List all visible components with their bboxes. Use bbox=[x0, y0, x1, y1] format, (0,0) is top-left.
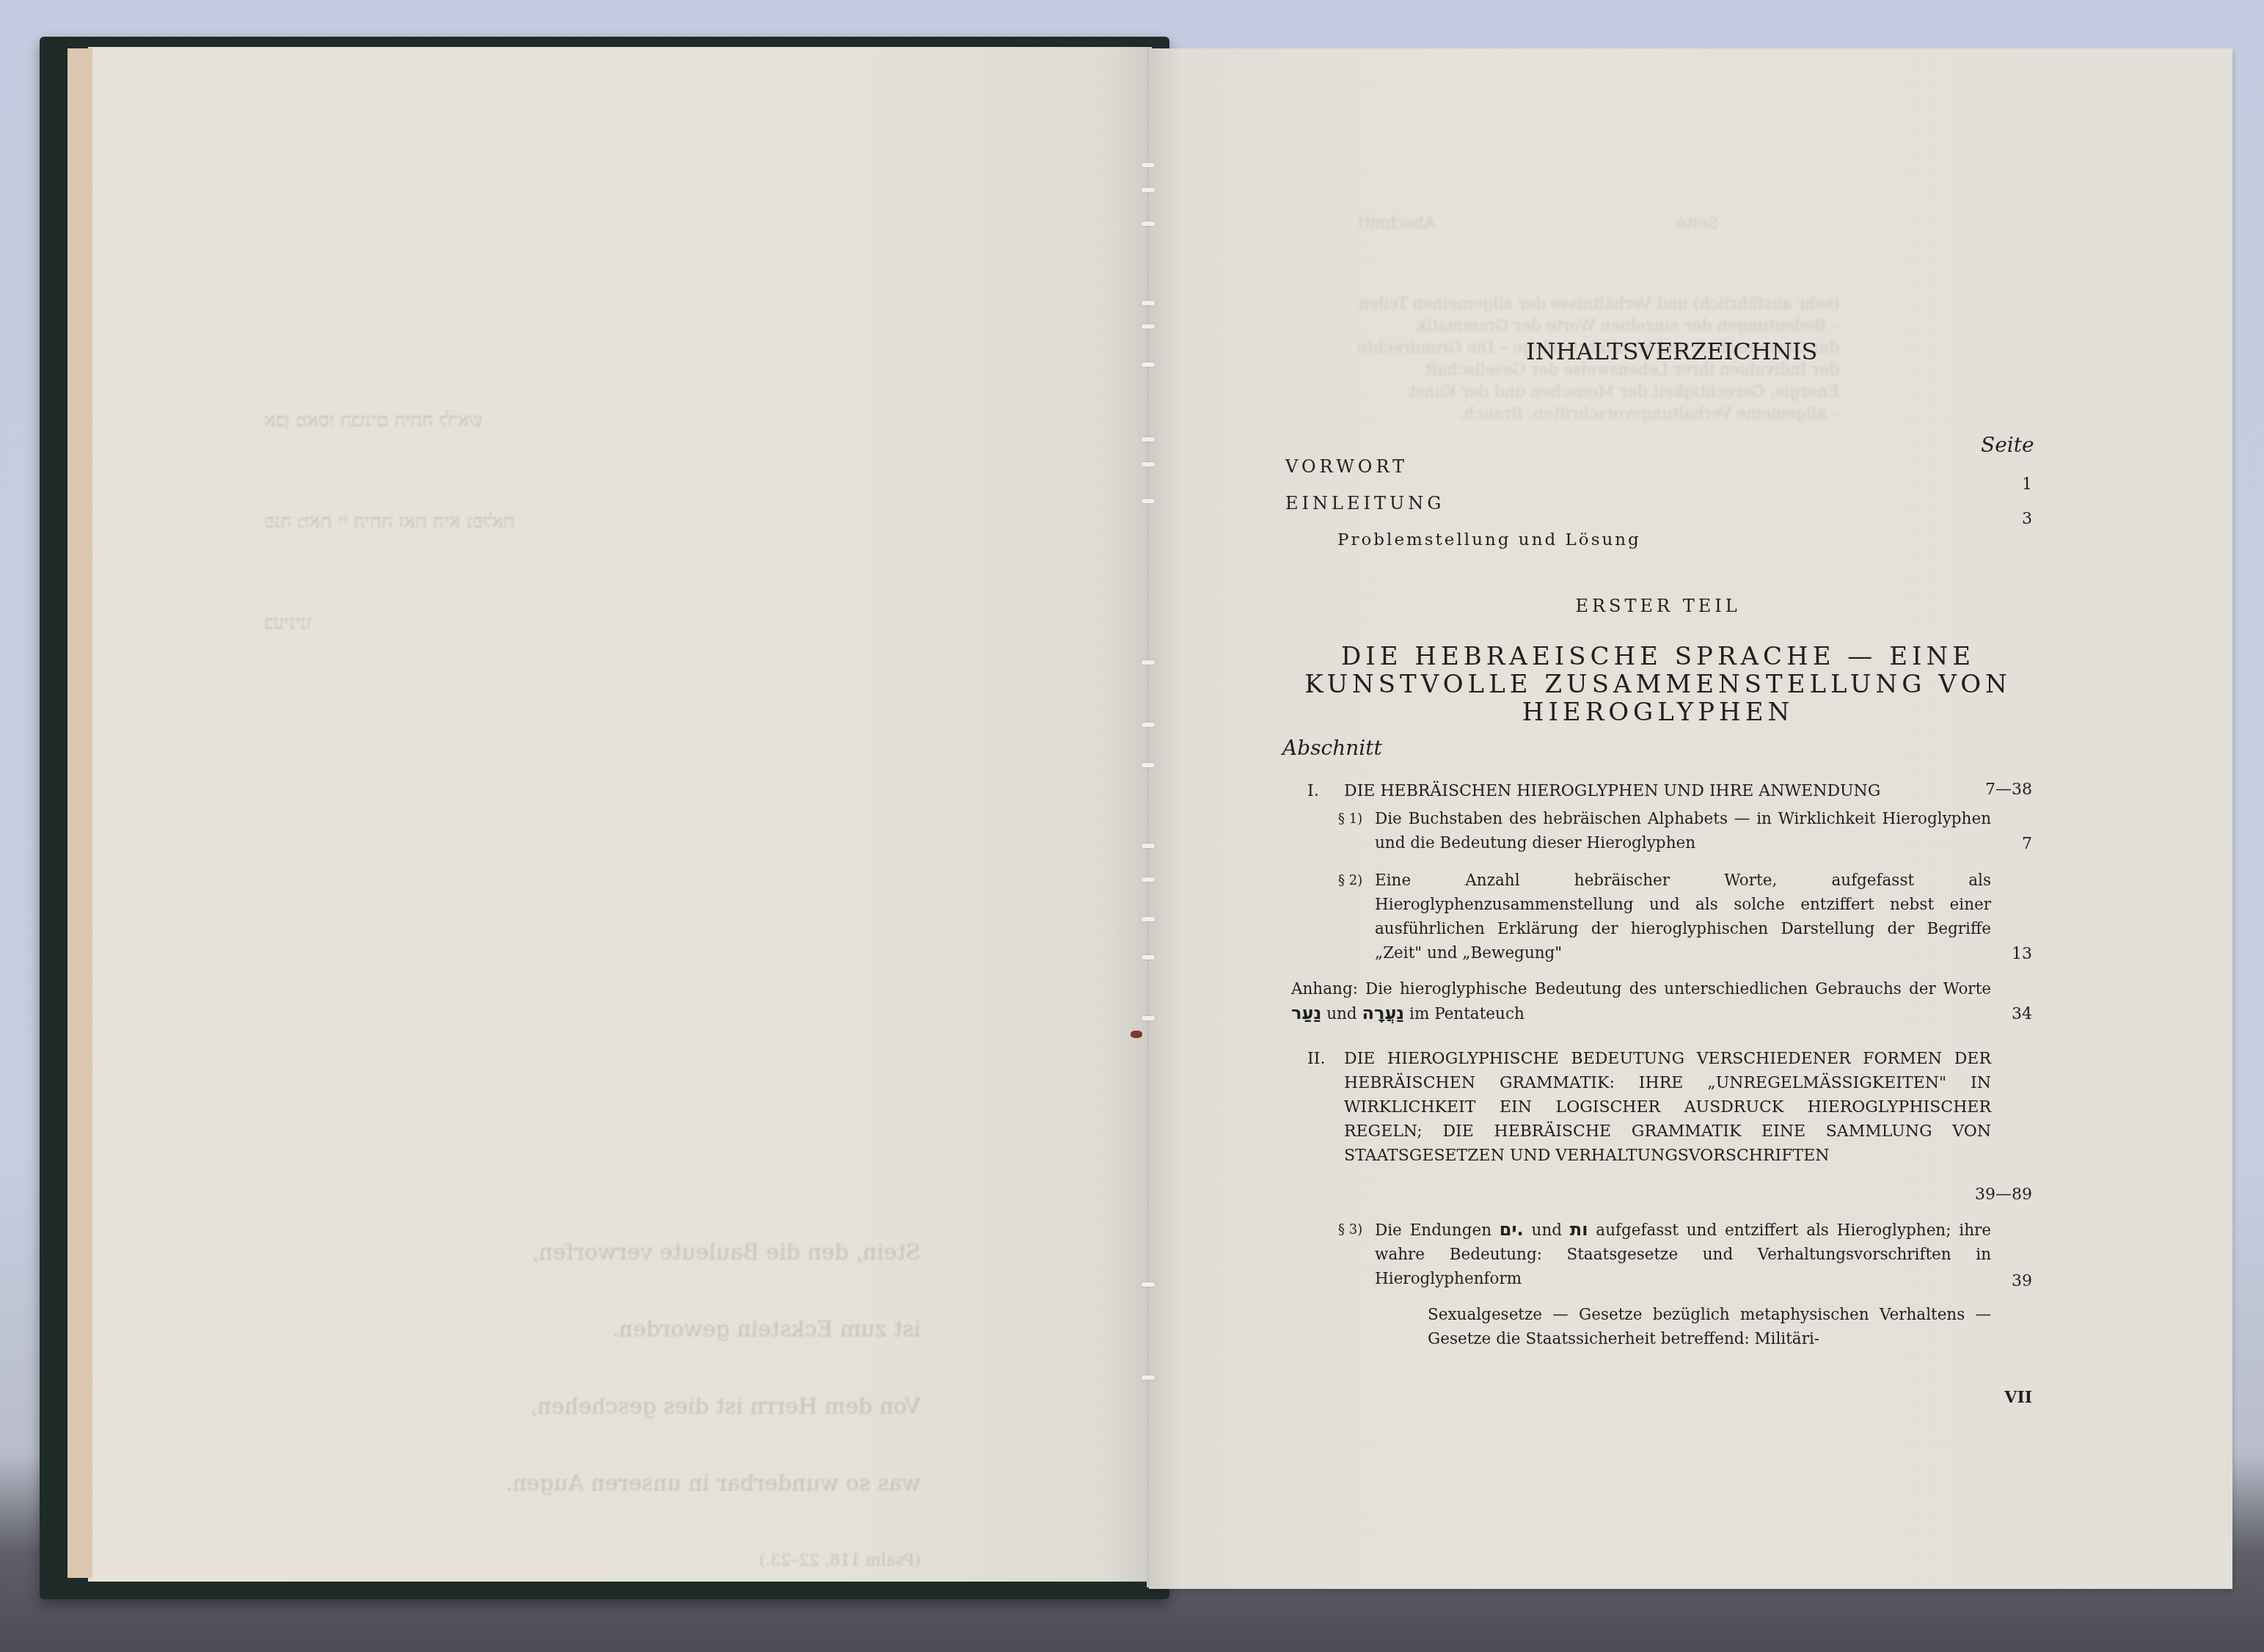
hebrew-word: נַעַר bbox=[1291, 1003, 1321, 1023]
page-column-label: Seite bbox=[1981, 433, 2034, 457]
ghost-line: ist zum Eckstein geworden. bbox=[605, 1317, 921, 1342]
stitch-hole bbox=[1142, 462, 1155, 467]
toc-subsection-2: § 2) Eine Anzahl hebräischer Worte, aufg… bbox=[1338, 869, 1991, 965]
stitch-hole bbox=[1142, 301, 1155, 305]
ghost-citation: (Psalm 118, 22–23.) bbox=[605, 1548, 921, 1574]
section-title: DIE HIEROGLYPHISCHE BEDEUTUNG VERSCHIEDE… bbox=[1344, 1047, 1991, 1168]
subsection-page: 39 bbox=[2012, 1272, 2032, 1290]
stitch-hole bbox=[1142, 1016, 1155, 1020]
appendix-text: im Pentateuch bbox=[1409, 1005, 1524, 1023]
section-pages: 7—38 bbox=[1985, 781, 2032, 799]
toc-section-1: I. DIE HEBRÄISCHEN HIEROGLYPHEN UND IHRE… bbox=[1309, 779, 1991, 803]
toc-subsection-3: § 3) Die Endungen ים. und ות aufgefasst … bbox=[1338, 1218, 1991, 1291]
appendix-text: und bbox=[1326, 1005, 1356, 1023]
stitch-hole bbox=[1142, 188, 1155, 192]
stitch-hole bbox=[1142, 1282, 1155, 1287]
toc-subsection-1: § 1) Die Buchstaben des hebräischen Alph… bbox=[1338, 807, 1991, 855]
paper-stain bbox=[1131, 1031, 1142, 1038]
section-column-label: Abschnitt bbox=[1282, 736, 1382, 760]
appendix-text: Anhang: Die hieroglyphische Bedeutung de… bbox=[1291, 980, 1991, 998]
toc-entry-problemstellung: Problemstellung und Lösung bbox=[1337, 530, 1641, 549]
subsection-page: 7 bbox=[2022, 835, 2032, 853]
show-through-german-epigraph: Stein, den die Bauleute verworfen, ist z… bbox=[605, 1188, 921, 1599]
stitch-hole bbox=[1142, 163, 1155, 167]
toc-laws-list: Sexualgesetze — Gesetze bezüglich metaph… bbox=[1428, 1303, 1991, 1351]
toc-appendix: Anhang: Die hieroglyphische Bedeutung de… bbox=[1291, 977, 1991, 1026]
appendix-page: 34 bbox=[2012, 1005, 2032, 1023]
stitch-hole bbox=[1142, 437, 1155, 442]
stitch-hole bbox=[1142, 324, 1155, 329]
toc-entry-einleitung: EINLEITUNG bbox=[1285, 493, 1445, 513]
stitch-hole bbox=[1142, 660, 1155, 665]
show-through-hebrew-epigraph: אבן מאסו הבונים היתה לראש פנה מאת יי הית… bbox=[264, 336, 587, 673]
subsection-text: Die Buchstaben des hebräischen Alphabets… bbox=[1375, 807, 1991, 855]
subsection-number: § 3) bbox=[1338, 1218, 1362, 1242]
endpaper-strip bbox=[67, 48, 92, 1578]
stitch-hole bbox=[1142, 917, 1155, 921]
toc-entry-vorwort: VORWORT bbox=[1285, 456, 1408, 477]
stitch-hole bbox=[1142, 955, 1155, 960]
stitch-hole bbox=[1142, 877, 1155, 882]
show-through-right-page: Seite Abschnitt bbox=[1357, 213, 1718, 235]
toc-title: INHALTSVERZEICHNIS bbox=[1526, 337, 1817, 365]
stitch-hole bbox=[1142, 222, 1155, 226]
subsection-text-part: und bbox=[1532, 1221, 1562, 1240]
toc-entry-page: 3 bbox=[2022, 510, 2032, 528]
subsection-text: Die Endungen ים. und ות aufgefasst und e… bbox=[1375, 1218, 1991, 1291]
hebrew-ending: ות bbox=[1570, 1219, 1588, 1240]
section-pages: 39—89 bbox=[1975, 1185, 2032, 1204]
ghost-line: אבן מאסו הבונים היתה לראש bbox=[264, 403, 587, 437]
toc-section-2: II. DIE HIEROGLYPHISCHE BEDEUTUNG VERSCH… bbox=[1309, 1047, 1991, 1168]
toc-entry-page: 1 bbox=[2022, 475, 2032, 494]
subsection-number: § 1) bbox=[1338, 807, 1362, 831]
subsection-number: § 2) bbox=[1338, 869, 1362, 893]
stitch-hole bbox=[1142, 763, 1155, 767]
stitch-hole bbox=[1142, 723, 1155, 727]
ghost-line: Stein, den die Bauleute verworfen, bbox=[605, 1240, 921, 1265]
subsection-text-part: Die Endungen bbox=[1375, 1221, 1491, 1240]
subsection-page: 13 bbox=[2012, 945, 2032, 963]
stitch-hole bbox=[1142, 1375, 1155, 1380]
part-title: DIE HEBRAEISCHE SPRACHE — EINE KUNSTVOLL… bbox=[1277, 643, 2040, 726]
ghost-line: פנה מאת יי היתה זאת היא נפלאת bbox=[264, 505, 587, 538]
stitch-hole bbox=[1142, 844, 1155, 848]
section-number: II. bbox=[1307, 1047, 1325, 1071]
subsection-text: Eine Anzahl hebräischer Worte, aufgefass… bbox=[1375, 869, 1991, 965]
gutter-fold bbox=[1147, 47, 1149, 1587]
stitch-hole bbox=[1142, 499, 1155, 503]
stitch-hole bbox=[1142, 362, 1155, 367]
ghost-line: בעינינו bbox=[264, 606, 587, 640]
part-label: ERSTER TEIL bbox=[1277, 596, 2040, 616]
section-number: I. bbox=[1307, 779, 1319, 803]
section-title: DIE HEBRÄISCHEN HIEROGLYPHEN UND IHRE AN… bbox=[1344, 779, 1991, 803]
page-folio: VII bbox=[2004, 1388, 2032, 1407]
hebrew-ending: ים. bbox=[1500, 1219, 1524, 1240]
hebrew-word: נַעֲרָה bbox=[1362, 1003, 1404, 1023]
ghost-line: Von dem Herrn ist dies geschehen, bbox=[605, 1394, 921, 1419]
ghost-line: was so wunderbar in unseren Augen. bbox=[605, 1471, 921, 1496]
